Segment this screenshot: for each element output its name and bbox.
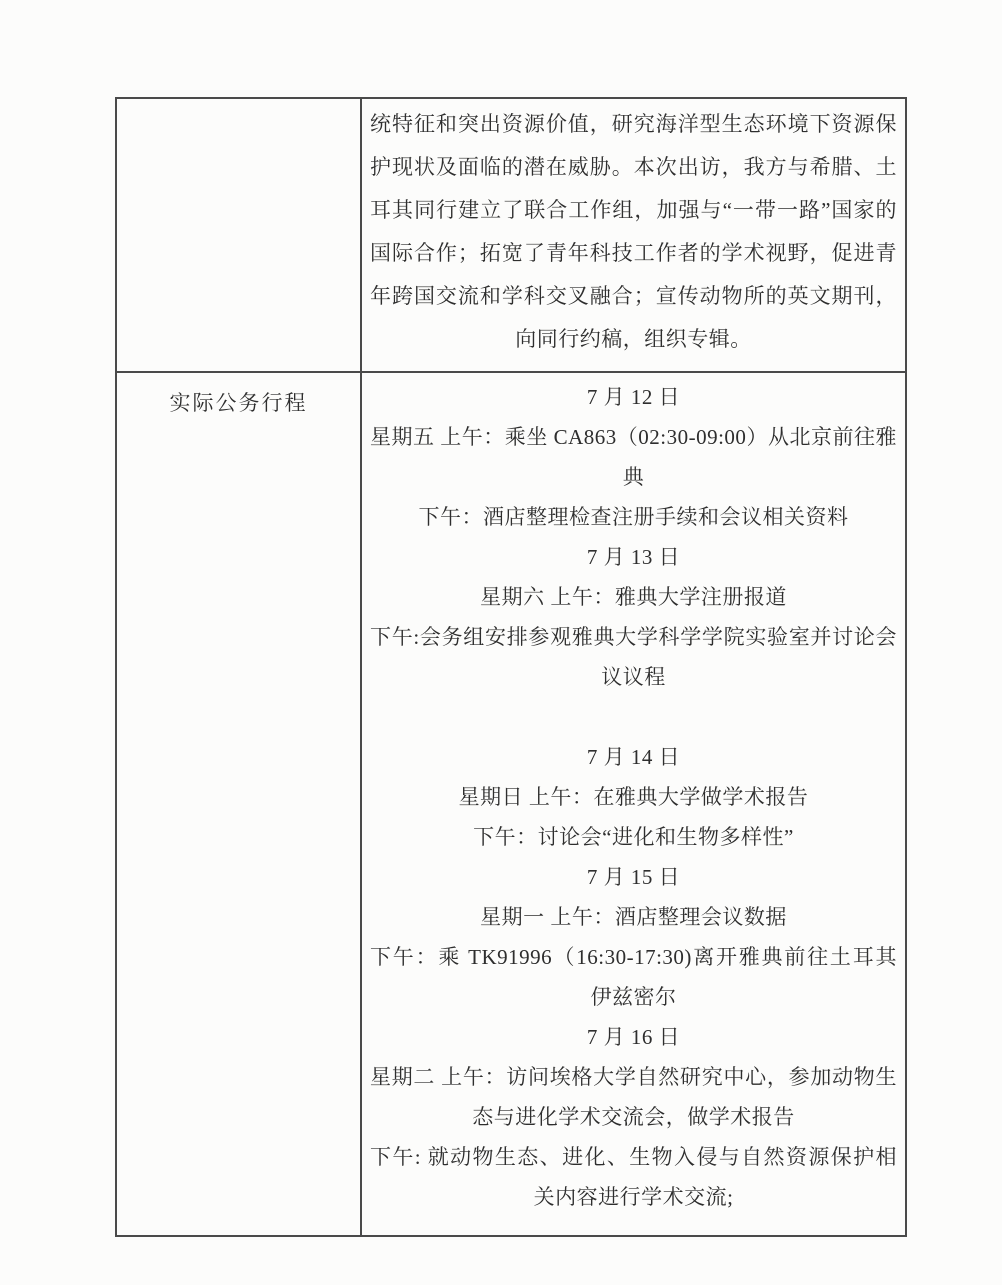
itinerary-paragraph: 7 月 13 日 — [370, 537, 897, 577]
document-page: 统特征和突出资源价值，研究海洋型生态环境下资源保护现状及面临的潜在威胁。本次出访… — [0, 0, 1002, 1285]
blank-line — [370, 697, 897, 737]
itinerary-paragraph: 下午: 就动物生态、进化、生物入侵与自然资源保护相关内容进行学术交流; — [370, 1137, 897, 1217]
itinerary-paragraph: 下午：酒店整理检查注册手续和会议相关资料 — [370, 497, 897, 537]
itinerary-paragraph: 统特征和突出资源价值，研究海洋型生态环境下资源保护现状及面临的潜在威胁。本次出访… — [370, 103, 897, 361]
itinerary-paragraph: 7 月 12 日 — [370, 377, 897, 417]
itinerary-paragraph: 7 月 16 日 — [370, 1017, 897, 1057]
table-row: 统特征和突出资源价值，研究海洋型生态环境下资源保护现状及面临的潜在威胁。本次出访… — [116, 98, 906, 372]
row-label: 实际公务行程 — [125, 383, 352, 423]
table-body: 统特征和突出资源价值，研究海洋型生态环境下资源保护现状及面临的潜在威胁。本次出访… — [116, 98, 906, 1236]
table-row: 实际公务行程7 月 12 日星期五 上午：乘坐 CA863（02:30-09:0… — [116, 372, 906, 1236]
itinerary-table: 统特征和突出资源价值，研究海洋型生态环境下资源保护现状及面临的潜在威胁。本次出访… — [115, 97, 907, 1237]
row-label-cell: 实际公务行程 — [116, 372, 361, 1236]
itinerary-paragraph: 7 月 14 日 — [370, 737, 897, 777]
itinerary-paragraph: 星期二 上午：访问埃格大学自然研究中心，参加动物生态与进化学术交流会，做学术报告 — [370, 1057, 897, 1137]
itinerary-paragraph: 星期六 上午：雅典大学注册报道 — [370, 577, 897, 617]
itinerary-paragraph: 下午:会务组安排参观雅典大学科学学院实验室并讨论会议议程 — [370, 617, 897, 697]
itinerary-paragraph: 下午：乘 TK91996（16:30-17:30)离开雅典前往土耳其伊兹密尔 — [370, 937, 897, 1017]
row-label-cell — [116, 98, 361, 372]
row-content-cell: 7 月 12 日星期五 上午：乘坐 CA863（02:30-09:00）从北京前… — [361, 372, 906, 1236]
row-content-cell: 统特征和突出资源价值，研究海洋型生态环境下资源保护现状及面临的潜在威胁。本次出访… — [361, 98, 906, 372]
itinerary-paragraph: 星期一 上午：酒店整理会议数据 — [370, 897, 897, 937]
itinerary-paragraph: 星期五 上午：乘坐 CA863（02:30-09:00）从北京前往雅典 — [370, 417, 897, 497]
itinerary-paragraph: 7 月 15 日 — [370, 857, 897, 897]
itinerary-paragraph: 星期日 上午：在雅典大学做学术报告 — [370, 777, 897, 817]
itinerary-paragraph: 下午：讨论会“进化和生物多样性” — [370, 817, 897, 857]
